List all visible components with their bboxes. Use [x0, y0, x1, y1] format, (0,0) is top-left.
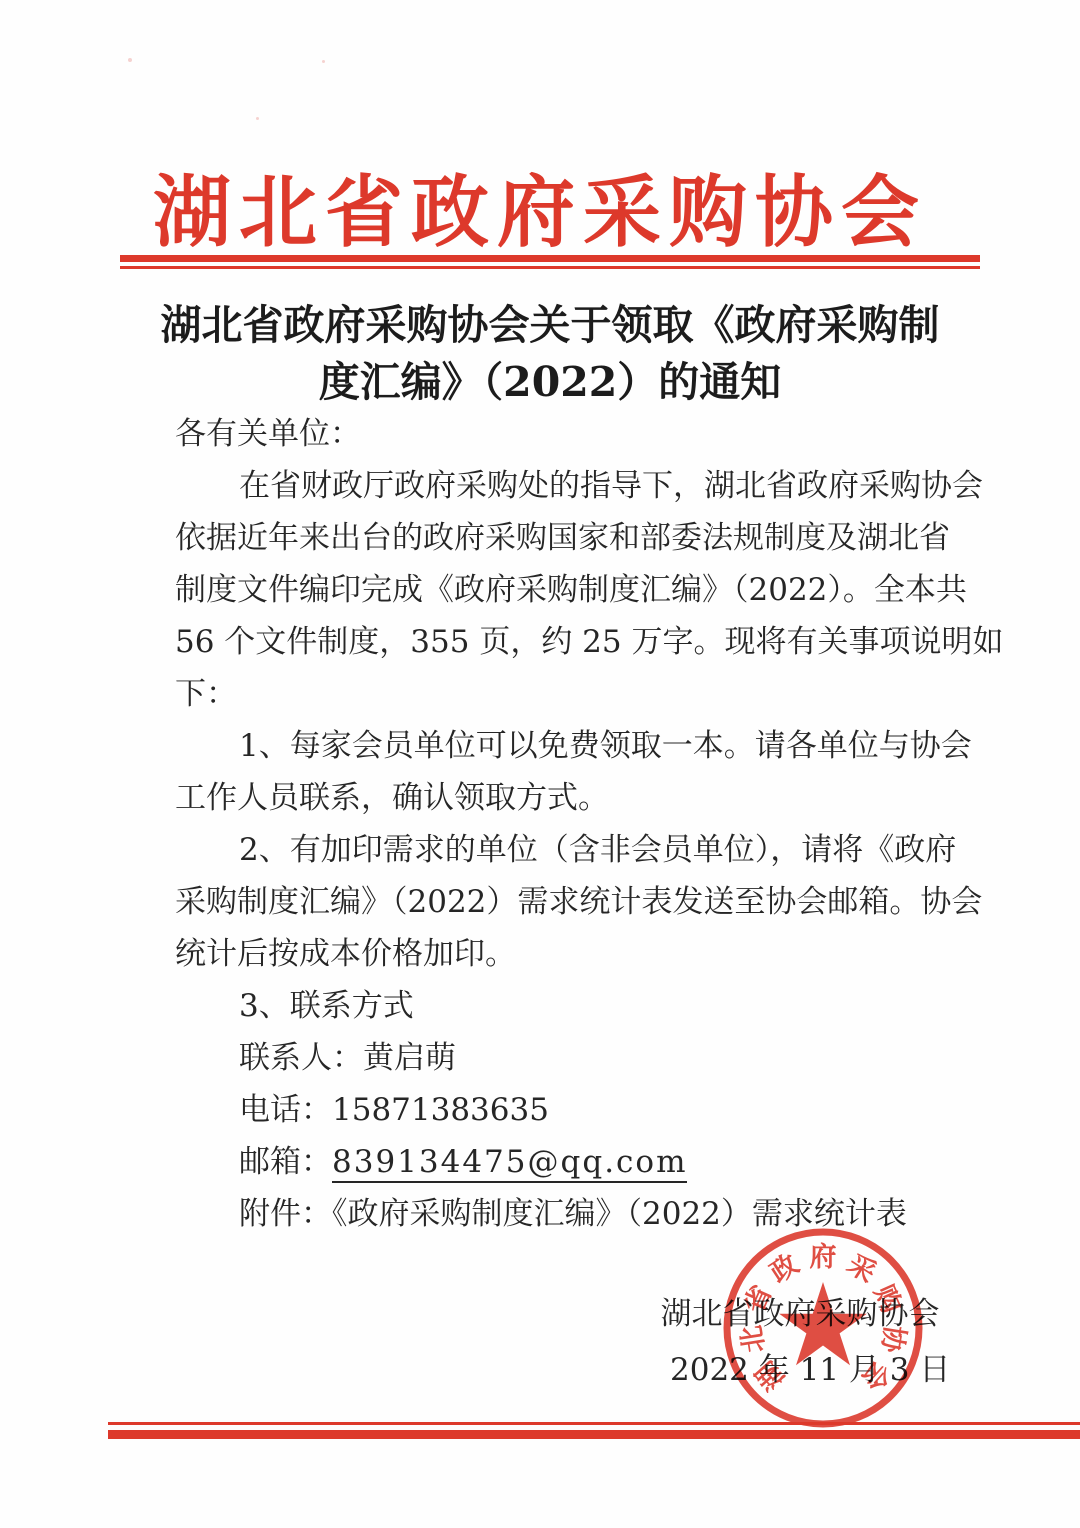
- body-line: 56 个文件制度，355 页，约 25 万字。现将有关事项说明如: [175, 616, 933, 668]
- seal-char: 省: [739, 1281, 778, 1318]
- footer-rule-thick: [108, 1430, 1080, 1439]
- salutation-line: 各有关单位：: [175, 408, 933, 460]
- body-line: 工作人员联系，确认领取方式。: [175, 772, 933, 824]
- scan-speck: [322, 60, 325, 63]
- email-address: 839134475@qq.com: [332, 1144, 687, 1183]
- document-body: 各有关单位： 在省财政厅政府采购处的指导下，湖北省政府采购协会 依据近年来出台的…: [175, 408, 933, 1240]
- body-line: 制度文件编印完成《政府采购制度汇编》（2022）。全本共: [175, 564, 933, 616]
- header-rule-thick: [120, 255, 980, 262]
- document-title-line-1: 湖北省政府采购协会关于领取《政府采购制: [90, 297, 1010, 354]
- footer-rule-thin: [108, 1422, 1080, 1425]
- body-line: 在省财政厅政府采购处的指导下，湖北省政府采购协会: [175, 460, 933, 512]
- seal-char: 采: [842, 1249, 882, 1290]
- seal-char: 政: [765, 1249, 805, 1290]
- body-line: 下：: [175, 668, 933, 720]
- document-title-line-2: 度汇编》（2022）的通知: [90, 354, 1010, 411]
- official-seal-stamp: 湖 北 省 政 府 采 购 协 会: [713, 1218, 933, 1438]
- body-line-item-3: 3、联系方式: [175, 980, 933, 1032]
- header-rule-thin: [120, 266, 980, 269]
- seal-char: 湖: [750, 1355, 791, 1396]
- letterhead-org-name: 湖北省政府采购协会: [0, 150, 1080, 262]
- body-line-item-1: 1、每家会员单位可以免费领取一本。请各单位与协会: [175, 720, 933, 772]
- contact-person-line: 联系人：黄启萌: [175, 1032, 933, 1084]
- body-line: 统计后按成本价格加印。: [175, 928, 933, 980]
- body-line: 采购制度汇编》（2022）需求统计表发送至协会邮箱。协会: [175, 876, 933, 928]
- seal-char: 北: [736, 1323, 771, 1355]
- contact-phone-line: 电话：15871383635: [175, 1084, 933, 1136]
- email-label: 邮箱：: [239, 1144, 332, 1180]
- scan-speck: [256, 117, 259, 120]
- contact-email-line: 邮箱：839134475@qq.com: [175, 1136, 933, 1188]
- body-line-item-2: 2、有加印需求的单位（含非会员单位），请将《政府: [175, 824, 933, 876]
- seal-char: 府: [810, 1242, 837, 1273]
- seal-char: 购: [868, 1281, 907, 1318]
- seal-star-icon: [779, 1282, 867, 1365]
- document-page: 湖北省政府采购协会 湖北省政府采购协会关于领取《政府采购制 度汇编》（2022）…: [0, 0, 1080, 1528]
- document-title: 湖北省政府采购协会关于领取《政府采购制 度汇编》（2022）的通知: [90, 297, 1010, 411]
- scan-speck: [128, 58, 132, 62]
- seal-char: 会: [855, 1355, 896, 1396]
- body-line: 依据近年来出台的政府采购国家和部委法规制度及湖北省: [175, 512, 933, 564]
- seal-char: 协: [875, 1323, 910, 1356]
